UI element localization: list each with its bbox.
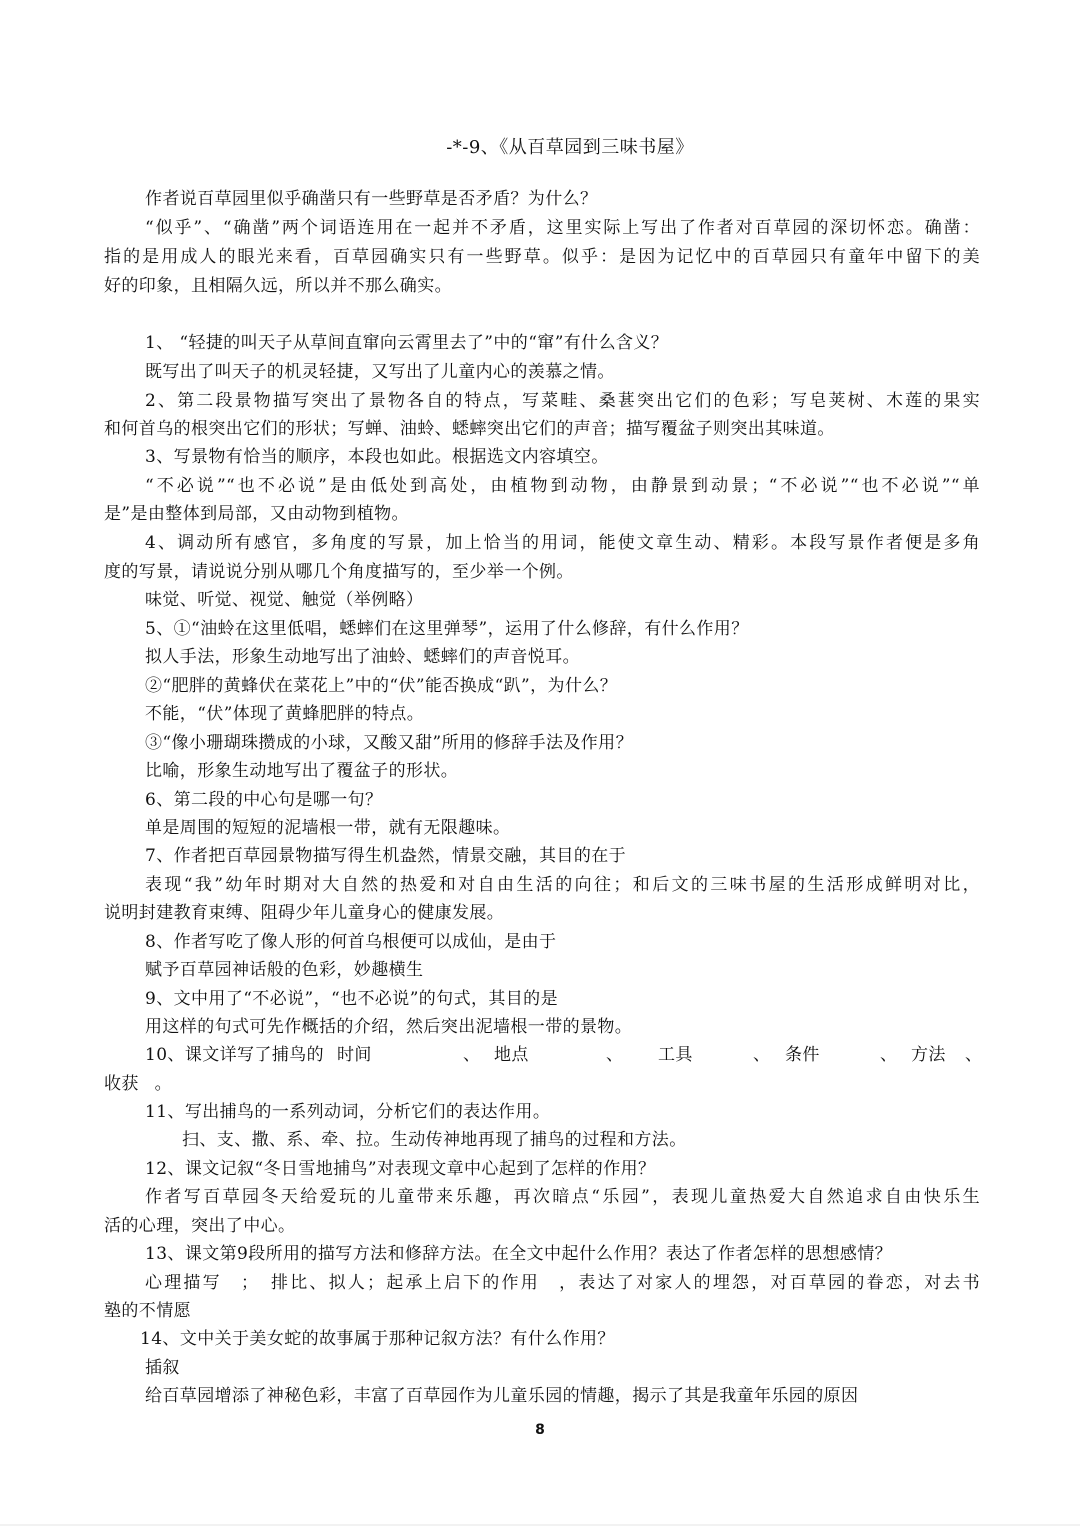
intro-answer-line: 指的是用成人的眼光来看，百草园确实只有一些野草。似乎：是因为记忆中的百草园只有童… xyxy=(104,246,980,268)
question-line: 5、①“油蛉在这里低唱，蟋蟀们在这里弹琴”，运用了什么修辞，有什么作用？ xyxy=(145,618,980,640)
question-line: 1、 “轻捷的叫天子从草间直窜向云霄里去了”中的“窜”有什么含义？ xyxy=(145,332,980,354)
answer-line: 活的心理，突出了中心。 xyxy=(104,1215,980,1237)
answer-line: 拟人手法，形象生动地写出了油蛉、蟋蟀们的声音悦耳。 xyxy=(145,646,980,668)
answer-line: 给百草园增添了神秘色彩，丰富了百草园作为儿童乐园的情趣，揭示了其是我童年乐园的原… xyxy=(145,1385,980,1407)
q10-blank-tool: 工具 xyxy=(658,1044,693,1066)
q10-separator: 、 xyxy=(753,1044,770,1066)
answer-line: 不能，“伏”体现了黄蜂肥胖的特点。 xyxy=(145,703,980,725)
q10-blank-method: 方法 xyxy=(911,1044,946,1066)
answer-line: 赋予百草园神话般的色彩，妙趣横生 xyxy=(145,959,980,981)
question-line: 13、课文第9段所用的描写方法和修辞方法。在全文中起什么作用？表达了作者怎样的思… xyxy=(145,1243,980,1265)
answer-line: 插叙 xyxy=(145,1357,980,1379)
question-line: 4、调动所有感官，多角度的写景，加上恰当的用词，能使文章生动、精彩。本段写景作者… xyxy=(145,532,980,554)
answer-line: 是”是由整体到局部，又由动物到植物。 xyxy=(104,503,980,525)
answer-line: 说明封建教育束缚、阻碍少年儿童身心的健康发展。 xyxy=(104,902,980,924)
page-title: -*-9、《从百草园到三味书屋》 xyxy=(0,133,1080,159)
q10-separator: 、 xyxy=(463,1044,480,1066)
answer-line: “不必说”“也不必说”是由低处到高处，由植物到动物，由静景到动景；“不必说”“也… xyxy=(145,475,980,497)
question-line: 度的写景，请说说分别从哪几个角度描写的，至少举一个例。 xyxy=(104,561,980,583)
intro-answer-line: “似乎”、“确凿”两个词语连用在一起并不矛盾，这里实际上写出了作者对百草园的深切… xyxy=(145,217,980,239)
q10-end: 。 xyxy=(155,1074,172,1094)
intro-answer-line: 好的印象，且相隔久远，所以并不那么确实。 xyxy=(104,275,980,297)
question-line: ③“像小珊瑚珠攒成的小球，又酸又甜”所用的修辞手法及作用？ xyxy=(145,732,980,754)
answer-line: 味觉、听觉、视觉、触觉（举例略） xyxy=(145,589,980,611)
question-line: 8、作者写吃了像人形的何首乌根便可以成仙，是由于 xyxy=(145,931,980,953)
question-10-line-2: 收获 。 xyxy=(104,1073,980,1095)
answer-line: 作者写百草园冬天给爱玩的儿童带来乐趣，再次暗点“乐园”，表现儿童热爱大自然追求自… xyxy=(145,1186,980,1208)
answer-line: 塾的不情愿 xyxy=(104,1300,980,1322)
q10-blank-place: 地点 xyxy=(494,1044,529,1066)
answer-line: 既写出了叫天子的机灵轻捷，又写出了儿童内心的羡慕之情。 xyxy=(145,361,980,383)
question-line: 2、第二段景物描写突出了景物各自的特点，写菜畦、桑葚突出它们的色彩；写皂荚树、木… xyxy=(145,390,980,412)
question-line: 14、文中关于美女蛇的故事属于那种记叙方法？有什么作用？ xyxy=(140,1328,1016,1350)
answer-line: 比喻，形象生动地写出了覆盆子的形状。 xyxy=(145,760,980,782)
q10-separator: 、 xyxy=(606,1044,623,1066)
q10-prefix: 10、课文详写了捕鸟的 xyxy=(145,1045,324,1065)
question-line: ②“肥胖的黄蜂伏在菜花上”中的“伏”能否换成“趴”，为什么？ xyxy=(145,675,980,697)
question-line: 7、作者把百草园景物描写得生机盎然，情景交融，其目的在于 xyxy=(145,845,980,867)
intro-question: 作者说百草园里似乎确凿只有一些野草是否矛盾？为什么？ xyxy=(145,188,980,210)
question-line: 和何首乌的根突出它们的形状；写蝉、油蛉、蟋蟀突出它们的声音；描写覆盆子则突出其味… xyxy=(104,418,980,440)
answer-line: 扫、支、撒、系、牵、拉。生动传神地再现了捕鸟的过程和方法。 xyxy=(182,1129,1058,1151)
question-line: 11、写出捕鸟的一系列动词，分析它们的表达作用。 xyxy=(145,1101,980,1123)
answer-line: 单是周围的短短的泥墙根一带，就有无限趣味。 xyxy=(145,817,980,839)
answer-line: 用这样的句式可先作概括的介绍，然后突出泥墙根一带的景物。 xyxy=(145,1016,980,1038)
page-number: 8 xyxy=(0,1422,1080,1438)
question-line: 3、写景物有恰当的顺序，本段也如此。根据选文内容填空。 xyxy=(145,446,980,468)
question-line: 9、文中用了“不必说”，“也不必说”的句式，其目的是 xyxy=(145,988,980,1010)
document-page: -*-9、《从百草园到三味书屋》 作者说百草园里似乎确凿只有一些野草是否矛盾？为… xyxy=(0,0,1080,1526)
q10-blank-condition: 条件 xyxy=(785,1044,820,1066)
question-10-line: 10、课文详写了捕鸟的 时间 、 地点 、 工具 、 条件 、 方法 、 xyxy=(145,1044,980,1066)
q10-blank-harvest: 收获 xyxy=(104,1074,139,1094)
answer-line: 心理描写 ； 排比、拟人；起承上启下的作用 ，表达了对家人的埋怨，对百草园的眷恋… xyxy=(145,1272,980,1294)
q10-separator: 、 xyxy=(965,1044,982,1066)
question-line: 6、第二段的中心句是哪一句？ xyxy=(145,789,980,811)
question-line: 12、课文记叙“冬日雪地捕鸟”对表现文章中心起到了怎样的作用？ xyxy=(145,1158,980,1180)
q10-separator: 、 xyxy=(880,1044,897,1066)
q10-blank-time: 时间 xyxy=(337,1044,372,1066)
answer-line: 表现“我”幼年时期对大自然的热爱和对自由生活的向往；和后文的三味书屋的生活形成鲜… xyxy=(145,874,980,896)
